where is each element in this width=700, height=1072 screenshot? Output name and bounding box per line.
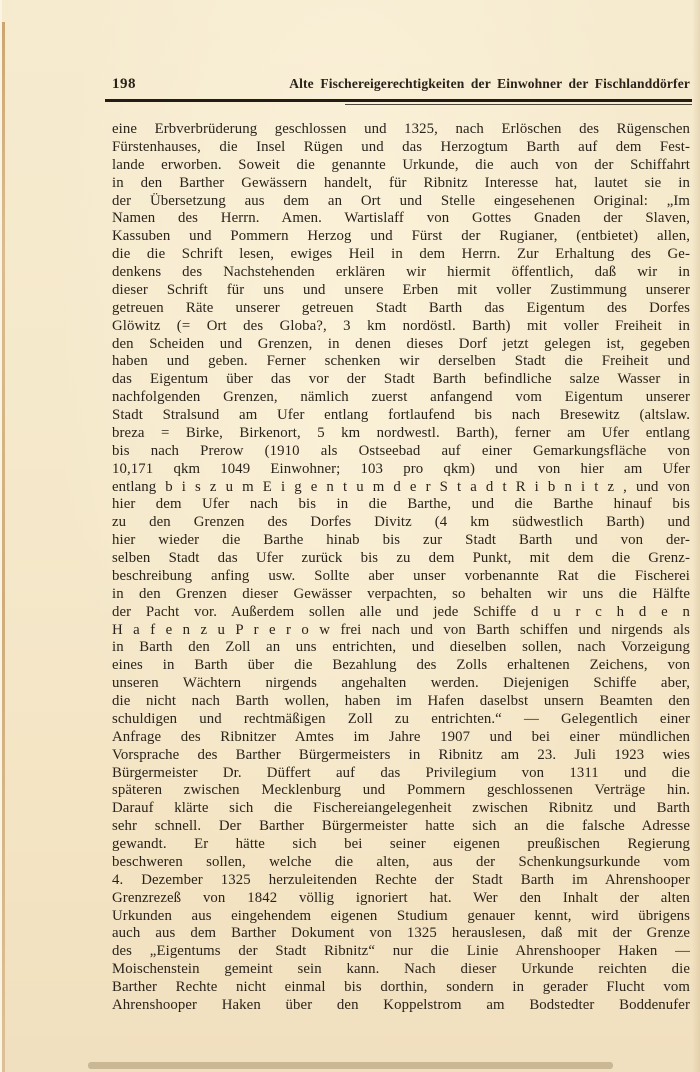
text-line: in den Grenzen dieser Gewässer verpachte… <box>112 586 690 604</box>
text-line: Stadt Stralsund am Ufer entlang fortlauf… <box>112 407 690 425</box>
text-line: breza = Birke, Birkenort, 5 km nordwestl… <box>112 425 690 443</box>
text-line: der Übersetzung aus dem an Ort und Stell… <box>112 193 690 211</box>
text-line: Urkunden aus eingehendem eigenen Studium… <box>112 908 690 926</box>
text-line: späteren zwischen Mecklenburg und Pommer… <box>112 782 690 800</box>
text-line: zu den Grenzen des Dorfes Divitz (4 km s… <box>112 514 690 532</box>
text-line: Ahrenshooper Haken über den Koppelstrom … <box>112 997 690 1015</box>
text-line: den Scheiden und Grenzen, in denen diese… <box>112 336 690 354</box>
text-line: das Eigentum über das vor der Stadt Bart… <box>112 371 690 389</box>
header-rule-thick <box>105 99 692 102</box>
text-line: in Barth den Zoll an uns entrichten, und… <box>112 639 690 657</box>
text-line: Barther Rechte nicht einmal bis dorthin,… <box>112 979 690 997</box>
text-line: unseren Wächtern nirgends angehalten wer… <box>112 675 690 693</box>
text-line: die nicht nach Barth wollen, haben im Ha… <box>112 693 690 711</box>
text-line: 4. Dezember 1325 herzuleitenden Rechte d… <box>112 872 690 890</box>
text-line: sehr schnell. Der Barther Bürgermeister … <box>112 818 690 836</box>
text-line: hier wieder die Barthe hinab bis zur Sta… <box>112 532 690 550</box>
text-line: eines in Barth über die Bezahlung des Zo… <box>112 657 690 675</box>
text-line: Glöwitz (= Ort des Globa?, 3 km nordöstl… <box>112 318 690 336</box>
header-rule-thin <box>345 104 692 105</box>
page-right-shadow <box>692 0 700 1072</box>
text-line: denkens des Nachstehenden erklären wir h… <box>112 264 690 282</box>
text-line: Bürgermeister Dr. Düffert auf das Privil… <box>112 765 690 783</box>
text-line: hier dem Ufer nach bis in die Barthe, un… <box>112 496 690 514</box>
body-text: eine Erbverbrüderung geschlossen und 132… <box>112 121 690 1015</box>
text-line: H a f e n z u P r e r o w frei nach und … <box>112 622 690 640</box>
text-line: Darauf klärte sich die Fischereiangelege… <box>112 800 690 818</box>
text-line: lande erworben. Soweit die genannte Urku… <box>112 157 690 175</box>
page-header: 198 Alte Fischereigerechtigkeiten der Ei… <box>112 76 690 93</box>
text-line: haben und geben. Ferner schenken wir der… <box>112 353 690 371</box>
running-title: Alte Fischereigerechtigkeiten der Einwoh… <box>289 76 690 92</box>
text-line: Vorsprache des Barther Bürgermeisters in… <box>112 747 690 765</box>
text-line: selben Stadt das Ufer zurück bis zu dem … <box>112 550 690 568</box>
text-line: die die Schrift lesen, ewiges Heil in de… <box>112 246 690 264</box>
text-line: eine Erbverbrüderung geschlossen und 132… <box>112 121 690 139</box>
text-line: Grenzrezeß von 1842 völlig ignoriert hat… <box>112 890 690 908</box>
text-line: schuldigen und rechtmäßigen Zoll zu entr… <box>112 711 690 729</box>
text-line: Moischenstein gemeint sein kann. Nach di… <box>112 961 690 979</box>
page-number: 198 <box>112 76 136 93</box>
text-line: beschreibung anfing usw. Sollte aber uns… <box>112 568 690 586</box>
text-line: des „Eigentums der Stadt Ribnitz“ nur di… <box>112 943 690 961</box>
page-bottom-shadow <box>88 1062 613 1069</box>
text-line: nachfolgenden Grenzen, nämlich zuerst an… <box>112 389 690 407</box>
text-line: in den Barther Gewässern handelt, für Ri… <box>112 175 690 193</box>
page-edge-shadow <box>2 22 5 1072</box>
text-line: bis nach Prerow (1910 als Ostseebad auf … <box>112 443 690 461</box>
text-line: Fürstenhauses, die Insel Rügen und das H… <box>112 139 690 157</box>
text-line: dieser Schrift für uns und unsere Erben … <box>112 282 690 300</box>
text-line: Namen des Herrn. Amen. Wartislaff von Go… <box>112 210 690 228</box>
text-line: auch aus dem Barther Dokument von 1325 h… <box>112 925 690 943</box>
text-line: der Pacht vor. Außerdem sollen alle und … <box>112 604 690 622</box>
text-line: Kassuben und Pommern Herzog und Fürst de… <box>112 228 690 246</box>
text-line: gewandt. Er hätte sich bei seiner eigene… <box>112 836 690 854</box>
text-line: getreuen Räte unserer getreuen Stadt Bar… <box>112 300 690 318</box>
text-line: Anfrage des Ribnitzer Amtes im Jahre 190… <box>112 729 690 747</box>
text-line: 10,171 qkm 1049 Einwohner; 103 pro qkm) … <box>112 461 690 479</box>
text-line: beschweren sollen, welche die alten, aus… <box>112 854 690 872</box>
text-line: entlang b i s z u m E i g e n t u m d e … <box>112 479 690 497</box>
book-page: 198 Alte Fischereigerechtigkeiten der Ei… <box>0 0 700 1072</box>
